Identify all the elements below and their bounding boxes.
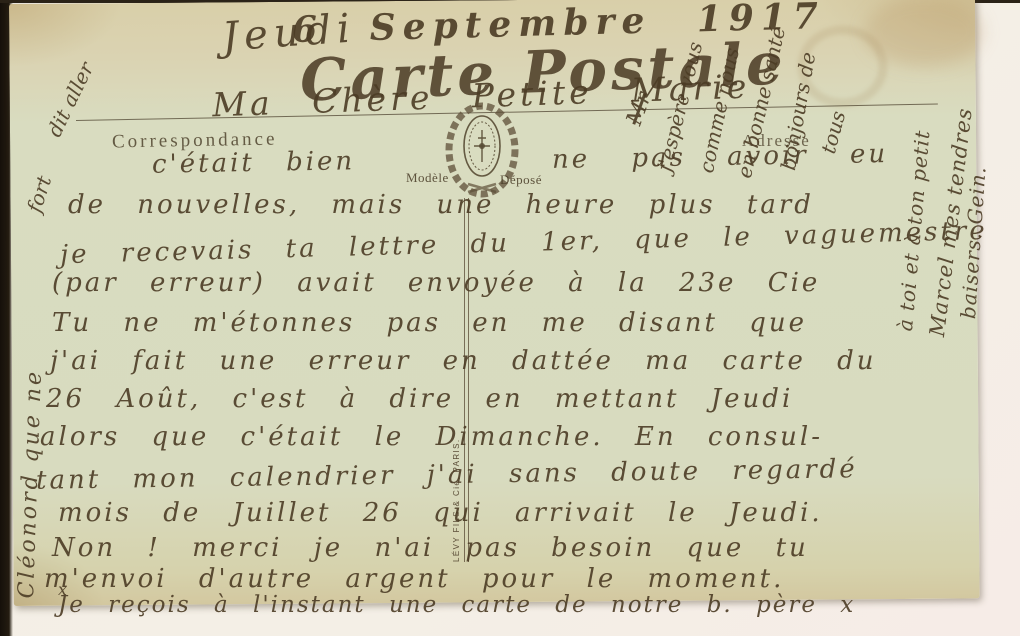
scanned-postcard-page: { "document": { "day": "Jeudi", "date": … — [0, 0, 1020, 636]
handwriting-line: Je reçois à l'instant une carte de notre… — [58, 592, 855, 618]
corner-stain — [864, 0, 985, 67]
handwriting-line: j'ai fait une erreur en dattée ma carte … — [50, 346, 877, 376]
handwriting-line: c'était bien — [152, 146, 356, 180]
handwriting-line: 26 Août, c'est à dire en mettant Jeudi — [46, 384, 793, 414]
handwriting-line: m'envoi d'autre argent pour le moment. — [44, 564, 784, 594]
left-margin-note: x — [58, 580, 67, 599]
emblem-right-label: Déposé — [500, 172, 542, 188]
handwriting-line: Non ! merci je n'ai pas besoin que tu — [52, 533, 809, 563]
handwriting-line: de nouvelles, mais une heure plus tard — [68, 190, 814, 220]
handwriting-line: mois de Juillet 26 qui arrivait le Jeudi… — [58, 498, 823, 528]
handwriting-line: alors que c'était le Dimanche. En consul… — [40, 422, 823, 452]
handwriting-line: Tu ne m'étonnes pas en me disant que — [52, 308, 807, 338]
emblem-left-label: Modèle — [406, 170, 449, 186]
handwriting-line: (par erreur) avait envoyée à la 23e Cie — [52, 268, 820, 298]
laurel-wreath-emblem-icon — [420, 102, 548, 204]
